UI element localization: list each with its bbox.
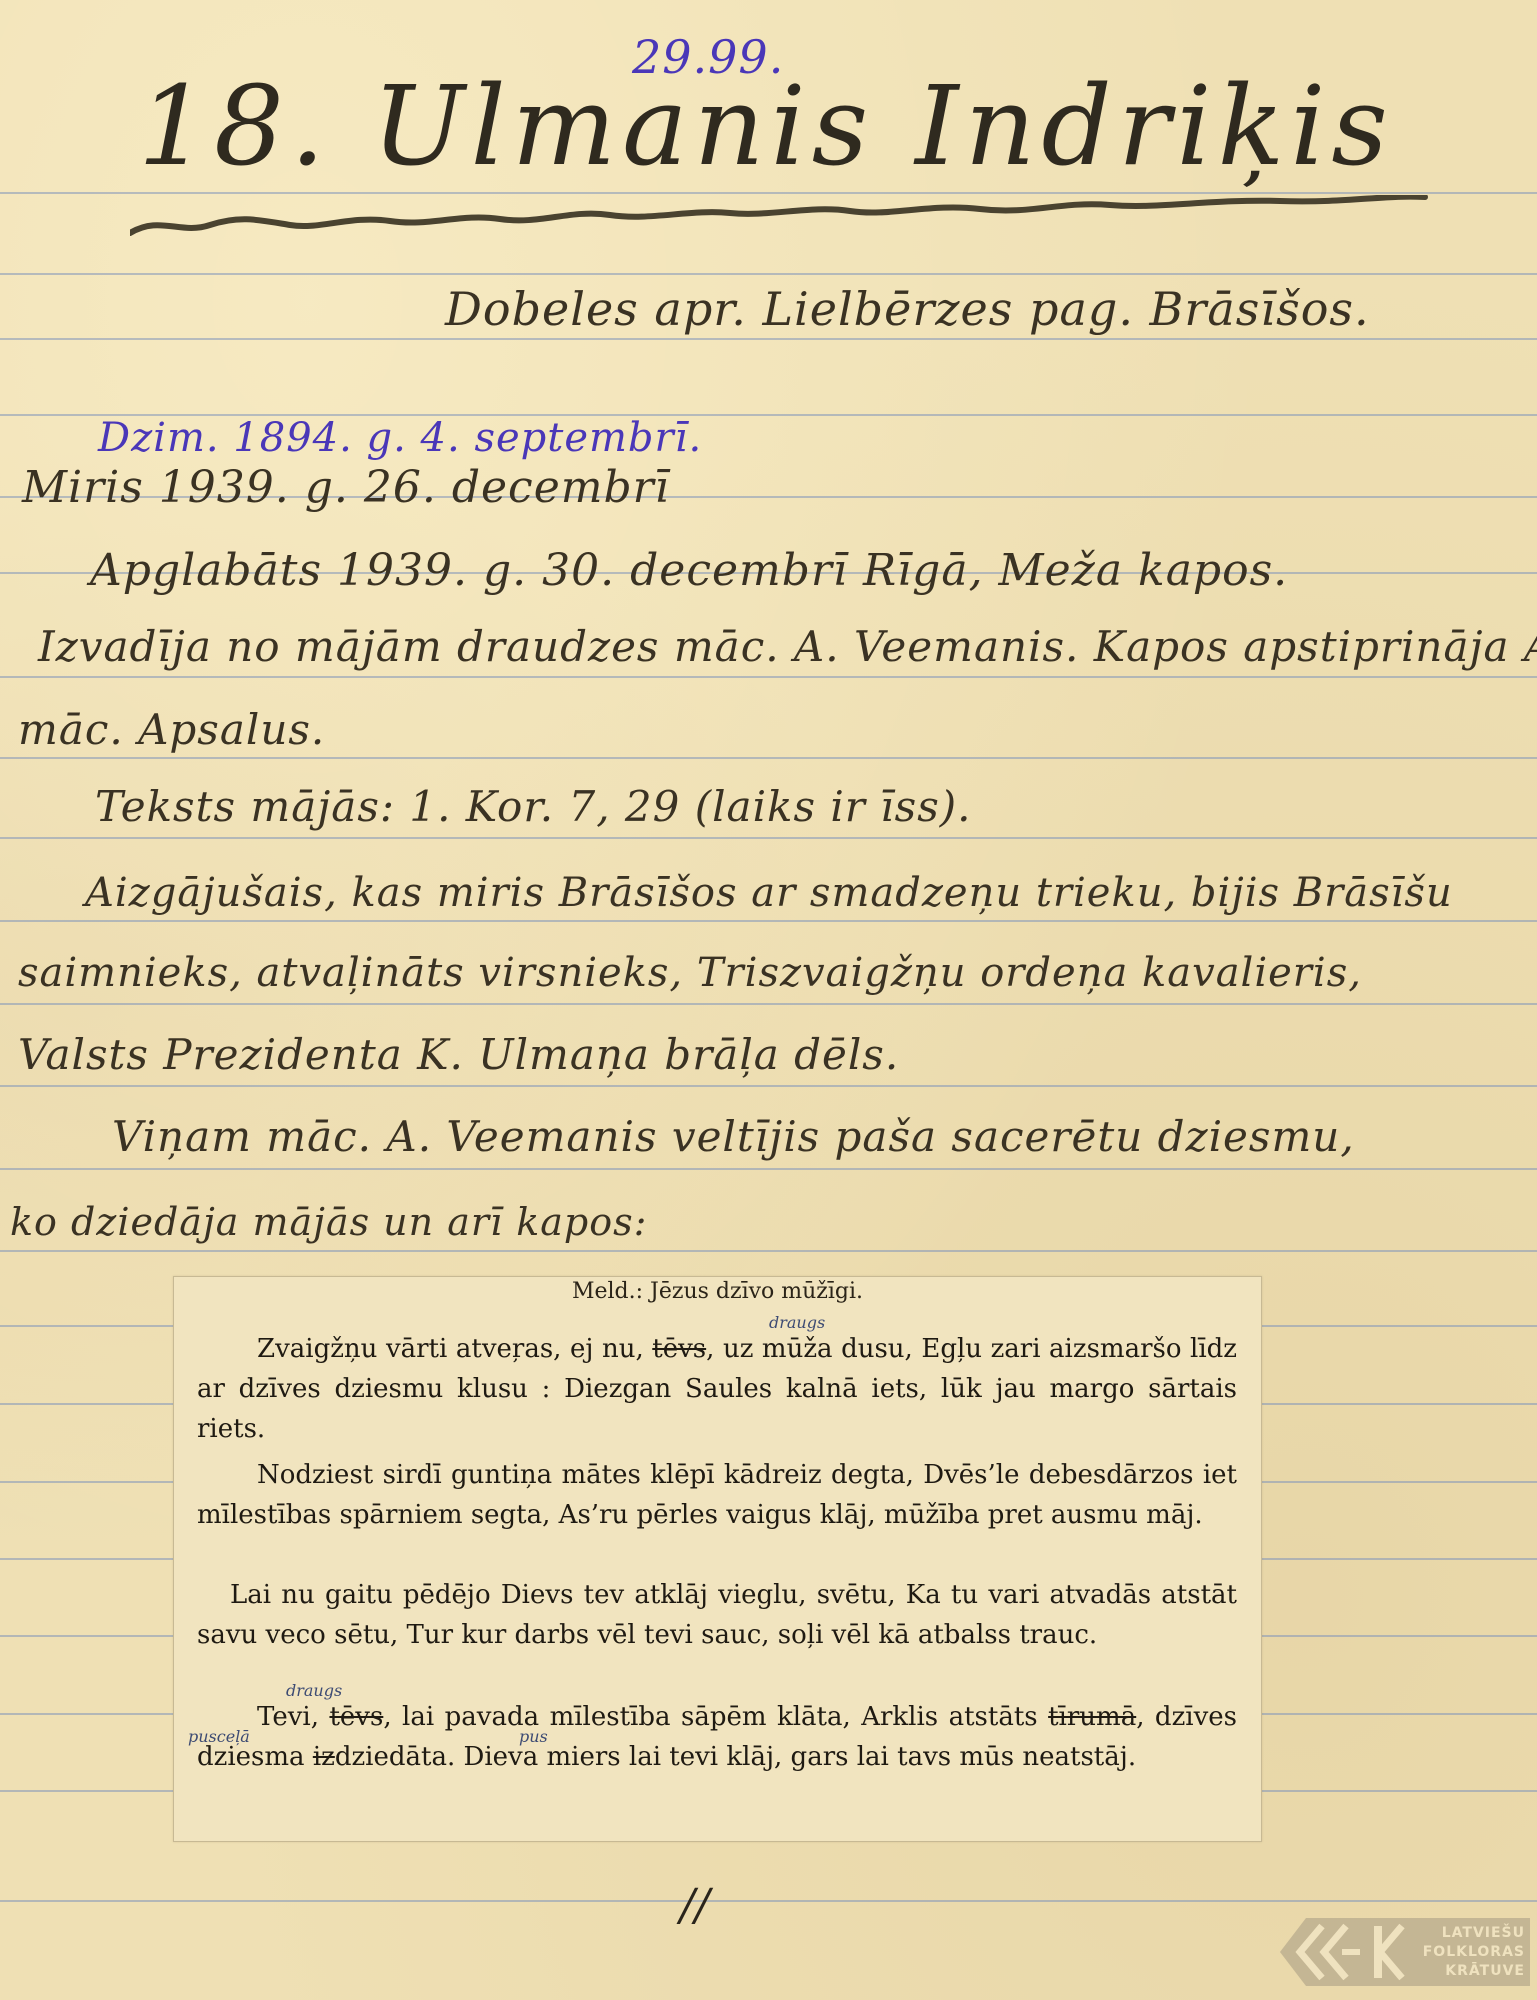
stanza-text: Nodziest sirdī guntiņa mātes klēpī kādre…	[197, 1460, 1237, 1530]
death-date-line: Miris 1939. g. 26. decembrī	[22, 462, 670, 513]
song-dedication-line: Viņam māc. A. Veemanis veltījis paša sac…	[112, 1112, 1355, 1161]
watermark-line: KRĀTUVE	[1400, 1962, 1525, 1981]
location-line: Dobeles apr. Lielbērzes pag. Brāsīšos.	[445, 282, 1370, 336]
handwritten-correction: draugs	[286, 1681, 342, 1700]
hymn-stanza-4: Tevi, tēvs, lai pavada mīlestība sāpēm k…	[197, 1697, 1237, 1777]
ruled-line	[0, 920, 1537, 922]
entry-title: 18. Ulmanis Indriķis	[138, 62, 1394, 190]
ruled-line	[0, 273, 1537, 275]
biography-line-2: saimnieks, atvaļināts virsnieks, Triszva…	[18, 950, 1362, 996]
ruled-line	[0, 676, 1537, 678]
watermark-line: LATVIEŠU	[1400, 1924, 1525, 1943]
ruled-line	[0, 192, 1537, 194]
watermark-text: LATVIEŠU FOLKLORAS KRĀTUVE	[1400, 1924, 1525, 1981]
handwritten-correction: pus	[519, 1727, 548, 1746]
archive-watermark: LATVIEŠU FOLKLORAS KRĀTUVE	[1280, 1918, 1530, 1986]
sermon-text-line: Teksts mājās: 1. Kor. 7, 29 (laiks ir īs…	[95, 782, 972, 831]
ruled-line	[0, 338, 1537, 340]
ruled-line	[0, 1250, 1537, 1252]
stanza-text: Tevi,	[257, 1702, 329, 1732]
ruled-line	[0, 1085, 1537, 1087]
ruled-line	[0, 757, 1537, 759]
song-dedication-line-cont: ko dziedāja mājās un arī kapos:	[10, 1200, 647, 1244]
printed-hymn-clipping: Meld.: Jēzus dzīvo mūžīgi. Zvaigžņu vārt…	[173, 1276, 1262, 1842]
hymn-stanza-3: Lai nu gaitu pēdējo Dievs tev atklāj vie…	[197, 1575, 1237, 1655]
ruled-line	[0, 837, 1537, 839]
ruled-line	[0, 1003, 1537, 1005]
birth-date-line: Dzim. 1894. g. 4. septembrī.	[98, 415, 702, 461]
struck-word: tīrumā	[1048, 1702, 1136, 1732]
burial-line: Apglabāts 1939. g. 30. decembrī Rīgā, Me…	[90, 545, 1288, 596]
stanza-text: Lai nu gaitu pēdējo Dievs tev atklāj vie…	[197, 1580, 1237, 1650]
biography-line-1: Aizgājušais, kas miris Brāsīšos ar smadz…	[85, 870, 1453, 916]
ruled-line	[0, 1900, 1537, 1902]
struck-word: tēvs	[329, 1702, 383, 1732]
title-underline-squiggle	[130, 195, 1430, 245]
stanza-text: Zvaigžņu vārti atveŗas, ej nu,	[257, 1334, 652, 1364]
melody-heading: Meld.: Jēzus dzīvo mūžīgi.	[174, 1279, 1261, 1304]
handwritten-correction: pusceļā	[188, 1727, 250, 1746]
watermark-line: FOLKLORAS	[1400, 1943, 1525, 1962]
page-end-mark: //	[680, 1880, 710, 1931]
hymn-stanza-1: Zvaigžņu vārti atveŗas, ej nu, tēvs, uz …	[197, 1329, 1237, 1449]
stanza-text: , lai pavada mīlestība sāpēm klāta, Arkl…	[383, 1702, 1048, 1732]
ruled-line	[0, 1168, 1537, 1170]
funeral-line-cont: māc. Apsalus.	[18, 705, 325, 754]
hymn-stanza-2: Nodziest sirdī guntiņa mātes klēpī kādre…	[197, 1455, 1237, 1535]
struck-word: iz	[313, 1742, 335, 1772]
struck-word: tēvs	[652, 1334, 706, 1364]
handwritten-correction: draugs	[769, 1313, 825, 1332]
funeral-line: Izvadīja no mājām draudzes māc. A. Veema…	[38, 622, 1537, 671]
biography-line-3: Valsts Prezidenta K. Ulmaņa brāļa dēls.	[18, 1030, 899, 1079]
stanza-text: dziedāta. Dieva miers lai tevi klāj, gar…	[335, 1742, 1136, 1772]
